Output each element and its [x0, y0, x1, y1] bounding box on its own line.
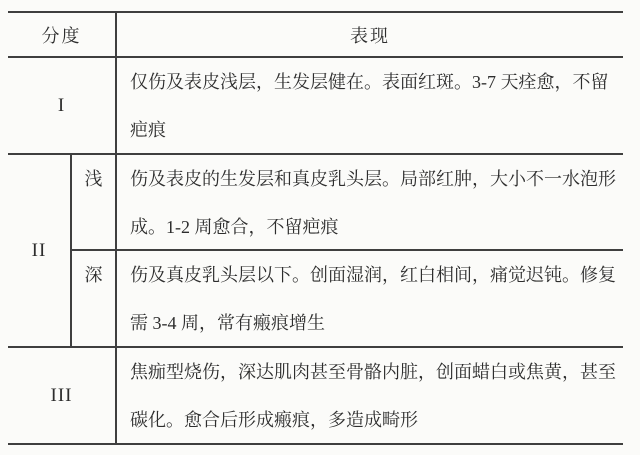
description-degree-II-shallow: 伤及表皮的生发层和真皮乳头层。局部红肿，大小不一水泡形 成。1-2 周愈合，不留…	[115, 155, 623, 251]
description-degree-I: 仅伤及表皮浅层，生发层健在。表面红斑。3-7 天痊愈，不留 疤痕	[115, 58, 623, 155]
degree-label-I: I	[8, 58, 115, 155]
sublabel-II-deep: 深	[70, 251, 115, 348]
degree-label-III: III	[8, 348, 115, 443]
description-degree-III: 焦痂型烧伤，深达肌肉甚至骨骼内脏，创面蜡白或焦黄，甚至 碳化。愈合后形成瘢痕，多…	[115, 348, 623, 443]
description-degree-II-deep: 伤及真皮乳头层以下。创面湿润，红白相间，痛觉迟钝。修复 需 3-4 周，常有瘢痕…	[115, 251, 623, 348]
degree-label-II: II	[8, 155, 70, 348]
burn-degree-table: 分度 表现 I 仅伤及表皮浅层，生发层健在。表面红斑。3-7 天痊愈，不留 疤痕…	[8, 11, 623, 445]
header-manifestation-column: 表现	[115, 13, 623, 58]
header-degree-column: 分度	[8, 13, 115, 58]
sublabel-II-shallow: 浅	[70, 155, 115, 251]
